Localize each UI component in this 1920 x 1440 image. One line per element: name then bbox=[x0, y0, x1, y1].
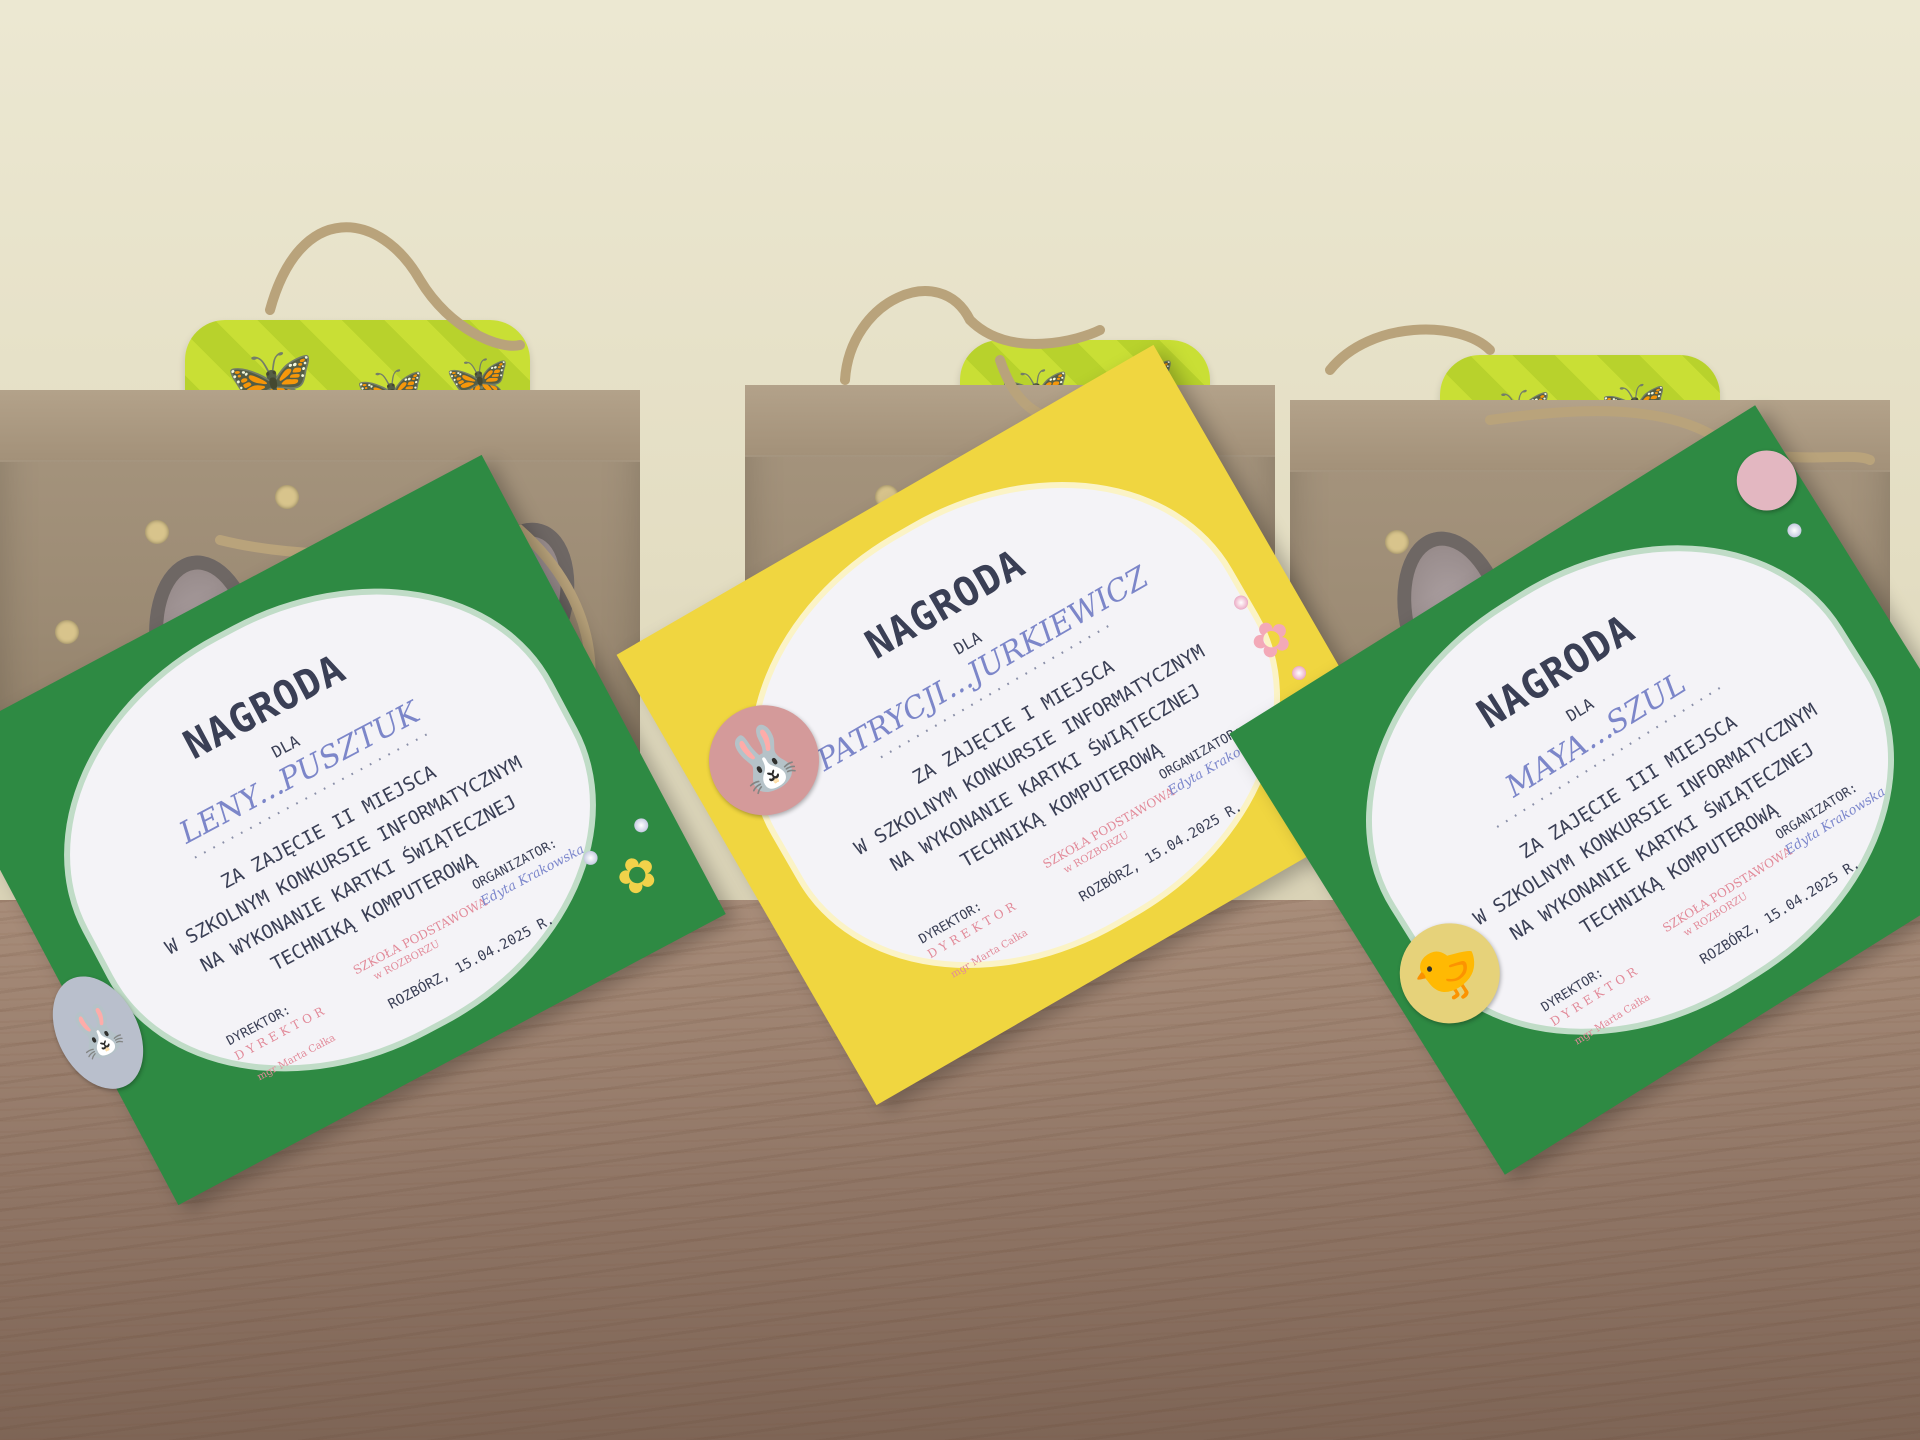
bag-hole bbox=[145, 520, 169, 544]
bag-hole bbox=[275, 485, 299, 509]
bag-flap bbox=[1290, 400, 1890, 472]
rhinestone-decoration bbox=[632, 816, 651, 835]
bag-hole bbox=[55, 620, 79, 644]
chick-icon: 🐤 bbox=[1403, 927, 1497, 1019]
task-line: NA WYKONANIE KARTKI ŚWIĄTECZNEJ bbox=[1436, 695, 1889, 989]
flower-icon: ✿ bbox=[608, 844, 666, 905]
bag-hole bbox=[1385, 530, 1409, 554]
bunny-icon: 🐰 bbox=[714, 711, 814, 809]
bag-flap bbox=[0, 390, 640, 462]
rhinestone-decoration bbox=[1785, 521, 1804, 540]
bunny-icon: 🐰 bbox=[58, 994, 137, 1072]
rhinestone-decoration bbox=[1289, 663, 1308, 682]
